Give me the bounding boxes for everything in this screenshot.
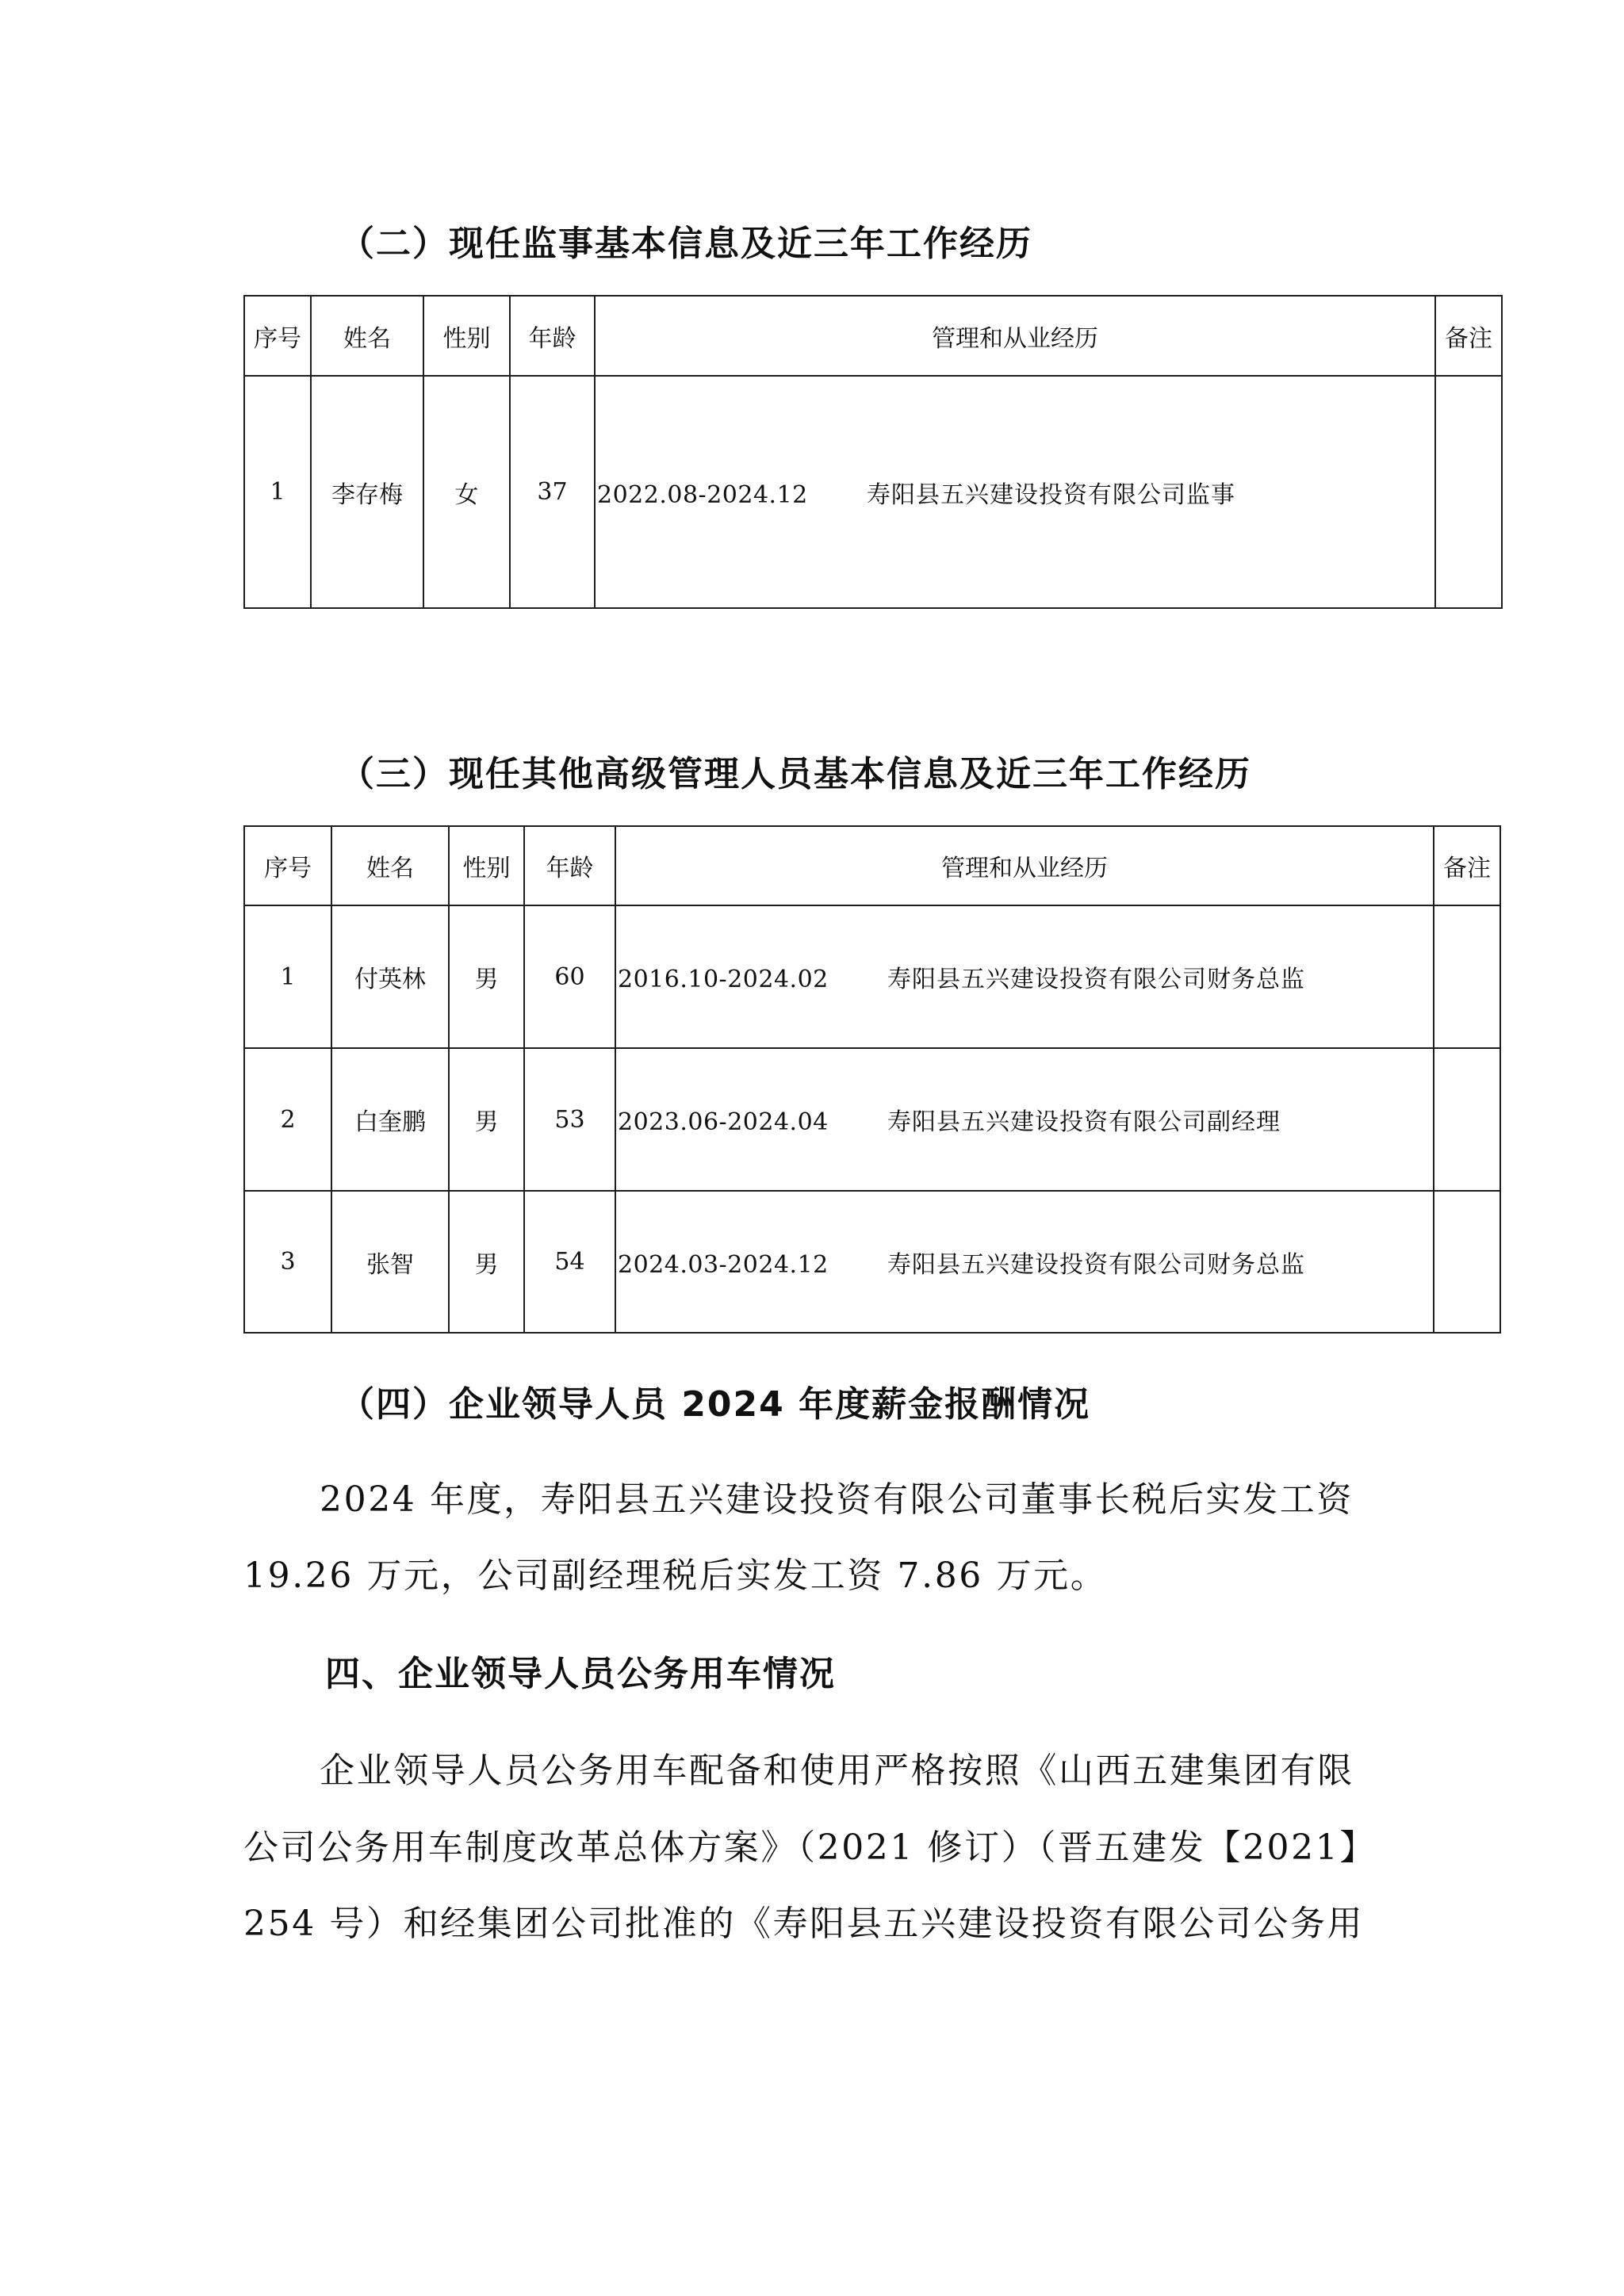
header-gender: 性别	[423, 296, 510, 376]
header-age: 年龄	[524, 826, 615, 905]
experience-period: 2016.10-2024.02	[616, 966, 887, 993]
header-age: 年龄	[510, 296, 595, 376]
cell-age: 37	[510, 376, 595, 608]
table-header-row: 序号 姓名 性别 年龄 管理和从业经历 备注	[244, 826, 1500, 905]
cell-experience: 2024.03-2024.12寿阳县五兴建设投资有限公司财务总监	[615, 1191, 1434, 1333]
cell-age: 60	[524, 905, 615, 1048]
document-page: （二）现任监事基本信息及近三年工作经历 序号 姓名 性别 年龄 管理和从业经历 …	[0, 0, 1624, 2296]
cell-experience: 2023.06-2024.04寿阳县五兴建设投资有限公司副经理	[615, 1048, 1434, 1191]
cell-age: 53	[524, 1048, 615, 1191]
cell-age: 54	[524, 1191, 615, 1333]
cell-no: 2	[244, 1048, 331, 1191]
experience-period: 2024.03-2024.12	[616, 1251, 887, 1279]
experience-period: 2022.08-2024.12	[596, 481, 867, 509]
table-row: 3 张智 男 54 2024.03-2024.12寿阳县五兴建设投资有限公司财务…	[244, 1191, 1500, 1333]
section-heading-supervisors: （二）现任监事基本信息及近三年工作经历	[339, 222, 1032, 266]
cell-gender: 男	[449, 1191, 524, 1333]
cell-remark	[1435, 376, 1502, 608]
supervisors-table: 序号 姓名 性别 年龄 管理和从业经历 备注 1 李存梅 女 37 2022.0…	[243, 295, 1503, 609]
vehicles-paragraph-line-1: 企业领导人员公务用车配备和使用严格按照《山西五建集团有限	[320, 1749, 1354, 1793]
experience-post: 寿阳县五兴建设投资有限公司财务总监	[887, 1245, 1305, 1280]
section-heading-managers: （三）现任其他高级管理人员基本信息及近三年工作经历	[339, 752, 1251, 797]
salary-paragraph-line-2: 19.26 万元，公司副经理税后实发工资 7.86 万元。	[243, 1554, 1107, 1598]
table-row: 1 付英林 男 60 2016.10-2024.02寿阳县五兴建设投资有限公司财…	[244, 905, 1500, 1048]
experience-period: 2023.06-2024.04	[616, 1108, 887, 1136]
managers-table: 序号 姓名 性别 年龄 管理和从业经历 备注 1 付英林 男 60 2016.1…	[243, 825, 1501, 1334]
header-name: 姓名	[331, 826, 449, 905]
cell-name: 张智	[331, 1191, 449, 1333]
cell-name: 付英林	[331, 905, 449, 1048]
cell-name: 李存梅	[311, 376, 423, 608]
cell-gender: 男	[449, 905, 524, 1048]
vehicles-paragraph-line-3: 254 号）和经集团公司批准的《寿阳县五兴建设投资有限公司公务用	[243, 1902, 1364, 1946]
header-name: 姓名	[311, 296, 423, 376]
header-experience: 管理和从业经历	[615, 826, 1434, 905]
table-row: 1 李存梅 女 37 2022.08-2024.12寿阳县五兴建设投资有限公司监…	[244, 376, 1502, 608]
header-gender: 性别	[449, 826, 524, 905]
cell-experience: 2016.10-2024.02寿阳县五兴建设投资有限公司财务总监	[615, 905, 1434, 1048]
cell-gender: 男	[449, 1048, 524, 1191]
cell-remark	[1434, 1191, 1500, 1333]
experience-post: 寿阳县五兴建设投资有限公司监事	[867, 475, 1235, 510]
section-heading-vehicles: 四、企业领导人员公务用车情况	[325, 1652, 836, 1697]
cell-name: 白奎鹏	[331, 1048, 449, 1191]
vehicles-paragraph-line-2: 公司公务用车制度改革总体方案》（2021 修订）（晋五建发【2021】	[243, 1826, 1377, 1870]
cell-no: 1	[244, 376, 311, 608]
cell-gender: 女	[423, 376, 510, 608]
header-experience: 管理和从业经历	[595, 296, 1435, 376]
salary-paragraph-line-1: 2024 年度，寿阳县五兴建设投资有限公司董事长税后实发工资	[320, 1478, 1354, 1522]
section-heading-salary: （四）企业领导人员 2024 年度薪金报酬情况	[339, 1383, 1090, 1427]
cell-no: 3	[244, 1191, 331, 1333]
table-row: 2 白奎鹏 男 53 2023.06-2024.04寿阳县五兴建设投资有限公司副…	[244, 1048, 1500, 1191]
header-remark: 备注	[1434, 826, 1500, 905]
experience-post: 寿阳县五兴建设投资有限公司财务总监	[887, 959, 1305, 994]
cell-experience: 2022.08-2024.12寿阳县五兴建设投资有限公司监事	[595, 376, 1435, 608]
header-no: 序号	[244, 826, 331, 905]
header-remark: 备注	[1435, 296, 1502, 376]
cell-remark	[1434, 905, 1500, 1048]
cell-remark	[1434, 1048, 1500, 1191]
experience-post: 寿阳县五兴建设投资有限公司副经理	[887, 1102, 1281, 1137]
table-header-row: 序号 姓名 性别 年龄 管理和从业经历 备注	[244, 296, 1502, 376]
cell-no: 1	[244, 905, 331, 1048]
header-no: 序号	[244, 296, 311, 376]
